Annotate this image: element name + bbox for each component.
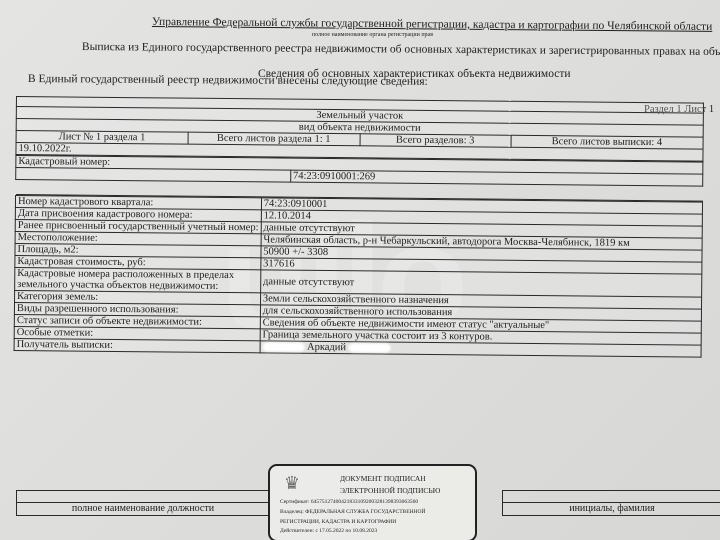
name-field: инициалы, фамилия [502, 490, 720, 516]
position-blank [16, 490, 270, 503]
registration-authority: Управление Федеральной службы государств… [152, 16, 712, 33]
document-page: ullo Управление Федеральной службы госуд… [0, 0, 720, 540]
intro-text: В Единый государственный реестр недвижим… [28, 73, 428, 88]
electronic-signature-stamp: ♛ ДОКУМЕНТ ПОДПИСАН ЭЛЕКТРОННОЙ ПОДПИСЬЮ… [268, 464, 477, 540]
stamp-validity: Действителен: с 17.05.2022 по 10.08.2023 [280, 528, 377, 534]
name-caption: инициалы, фамилия [502, 503, 720, 516]
authority-caption: полное наименование органа регистрации п… [312, 32, 433, 38]
stamp-title: ДОКУМЕНТ ПОДПИСАН [340, 474, 426, 483]
redacted-surname [262, 342, 304, 351]
row-label: Кадастровые номера расположенных в преде… [15, 267, 261, 292]
characteristics-table: Номер кадастрового квартала:74:23:091000… [14, 195, 703, 358]
stamp-owner-2: РЕГИСТРАЦИИ, КАДАСТРА И КАРТОГРАФИИ [280, 519, 396, 525]
document-title: Выписка из Единого государственного реес… [82, 41, 720, 59]
name-blank [502, 490, 720, 503]
extract-table-wrapper: Земельный участок вид объекта недвижимос… [14, 96, 704, 358]
redacted-patronymic [349, 343, 391, 352]
coat-of-arms-icon: ♛ [282, 472, 302, 494]
object-header-table: Земельный участок вид объекта недвижимос… [15, 96, 704, 162]
stamp-owner-1: Владелец: ФЕДЕРАЛЬНАЯ СЛУЖБА ГОСУДАРСТВЕ… [280, 509, 425, 515]
row-label: Получатель выписки: [14, 338, 260, 352]
recipient-name: Аркадий [307, 342, 346, 353]
position-field: полное наименование должности [16, 490, 270, 516]
stamp-certificate: Сертификат: 6457512740042183310920032813… [280, 499, 418, 505]
cadastral-number-table: Кадастровый номер: 74:23:0910001:269 [15, 155, 703, 202]
position-caption: полное наименование должности [16, 503, 270, 516]
stamp-subtitle: ЭЛЕКТРОННОЙ ПОДПИСЬЮ [340, 486, 440, 495]
